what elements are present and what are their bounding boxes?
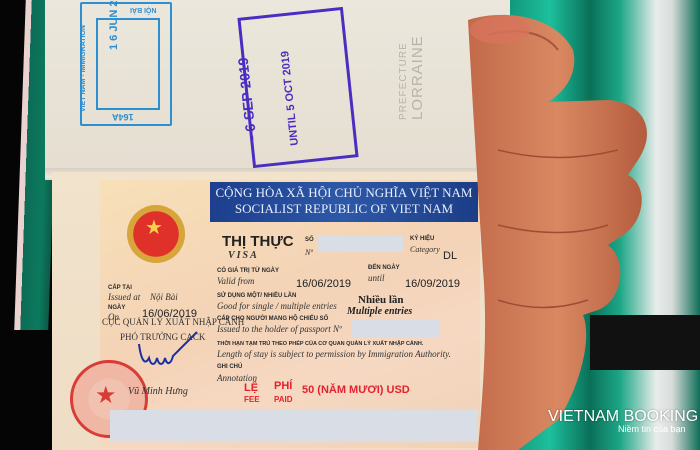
valid-from-label-vn: CÓ GIÁ TRỊ TỪ NGÀY	[217, 268, 279, 274]
entries-value-vn: Nhiều lần	[358, 294, 404, 306]
number-label-en: Nº	[305, 248, 313, 257]
national-emblem-icon: ★	[127, 205, 185, 263]
stay-label-vn: THỜI HẠN TẠM TRÚ THEO PHÉP CỦA CƠ QUAN Q…	[217, 341, 423, 347]
hand	[458, 10, 678, 450]
fee-label-en1: FEE	[244, 395, 260, 404]
entry-stamp-side-text: VIET NAM - IMMIGRATION	[80, 25, 87, 112]
until-value: 16/09/2019	[405, 278, 460, 290]
admission-stamp-until: UNTIL 5 OCT 2019	[279, 50, 301, 146]
signer-name: Vũ Minh Hưng	[128, 386, 188, 397]
visa-header-banner: CỘNG HÒA XÃ HỘI CHỦ NGHĨA VIỆT NAM SOCIA…	[210, 182, 478, 222]
stay-label-en: Length of stay is subject to permission …	[217, 349, 451, 359]
issued-on-label-vn: NGÀY	[108, 305, 125, 311]
mrz-redacted	[110, 410, 478, 442]
entry-stamp-inner-box	[96, 18, 160, 110]
entries-label-en: Good for single / multiple entries	[217, 301, 337, 311]
issued-at-label-en: Issued at	[108, 292, 140, 302]
entries-label-vn: SỬ DỤNG MỘT/ NHIỀU LẦN	[217, 293, 296, 299]
passport-number-redacted	[352, 320, 440, 337]
fee-value: 50 (NĂM MƯƠI) USD	[302, 384, 410, 396]
entry-stamp: NỘI BÀI VIET NAM - IMMIGRATION 1 6 JUN 2…	[80, 2, 172, 126]
entry-stamp-date: 1 6 JUN 2019	[108, 0, 120, 50]
fee-label-vn1: LỆ	[244, 382, 258, 394]
lorraine-stamp-line1: PREFECTURE	[398, 35, 409, 120]
visa-title-vn: THỊ THỰC	[222, 233, 294, 250]
visa-header-vn: CỘNG HÒA XÃ HỘI CHỦ NGHĨA VIỆT NAM	[210, 185, 478, 201]
category-label-vn: KÝ HIỆU	[410, 236, 434, 242]
valid-from-label-en: Valid from	[217, 276, 254, 286]
visa-title-en: VISA	[228, 250, 259, 261]
signature-icon	[135, 330, 205, 375]
watermark-logo: VIETNAM BOOKING Niềm tin của bạn	[548, 408, 698, 434]
annotation-label-vn: GHI CHÚ	[217, 364, 242, 370]
visa-number-redacted	[318, 235, 403, 252]
admission-stamp: - 6 SEP 2019 UNTIL 5 OCT 2019	[237, 7, 358, 168]
lorraine-stamp-line2: LORRAINE	[409, 35, 426, 120]
category-value: DL	[443, 250, 457, 262]
valid-from-value: 16/06/2019	[296, 278, 351, 290]
until-label-vn: ĐẾN NGÀY	[368, 265, 400, 271]
category-label-en: Category	[410, 245, 440, 254]
entry-stamp-code: 164A	[112, 112, 134, 122]
number-label-vn: SỐ	[305, 237, 314, 243]
issuing-authority: CỤC QUẢN LÝ XUẤT NHẬP CẢNH	[102, 317, 244, 327]
visa-header-en: SOCIALIST REPUBLIC OF VIET NAM	[210, 201, 478, 217]
issued-at-label-vn: CẤP TẠI	[108, 285, 132, 291]
lorraine-stamp: PREFECTURE LORRAINE	[398, 35, 426, 120]
fee-label-vn2: PHÍ	[274, 380, 292, 392]
fee-label-en2: PAID	[274, 395, 293, 404]
until-label-en: until	[368, 273, 385, 283]
entry-stamp-port: NỘI BÀI	[130, 6, 156, 13]
entries-value-en: Multiple entries	[347, 306, 412, 317]
issued-at-value: Nội Bài	[150, 292, 178, 302]
